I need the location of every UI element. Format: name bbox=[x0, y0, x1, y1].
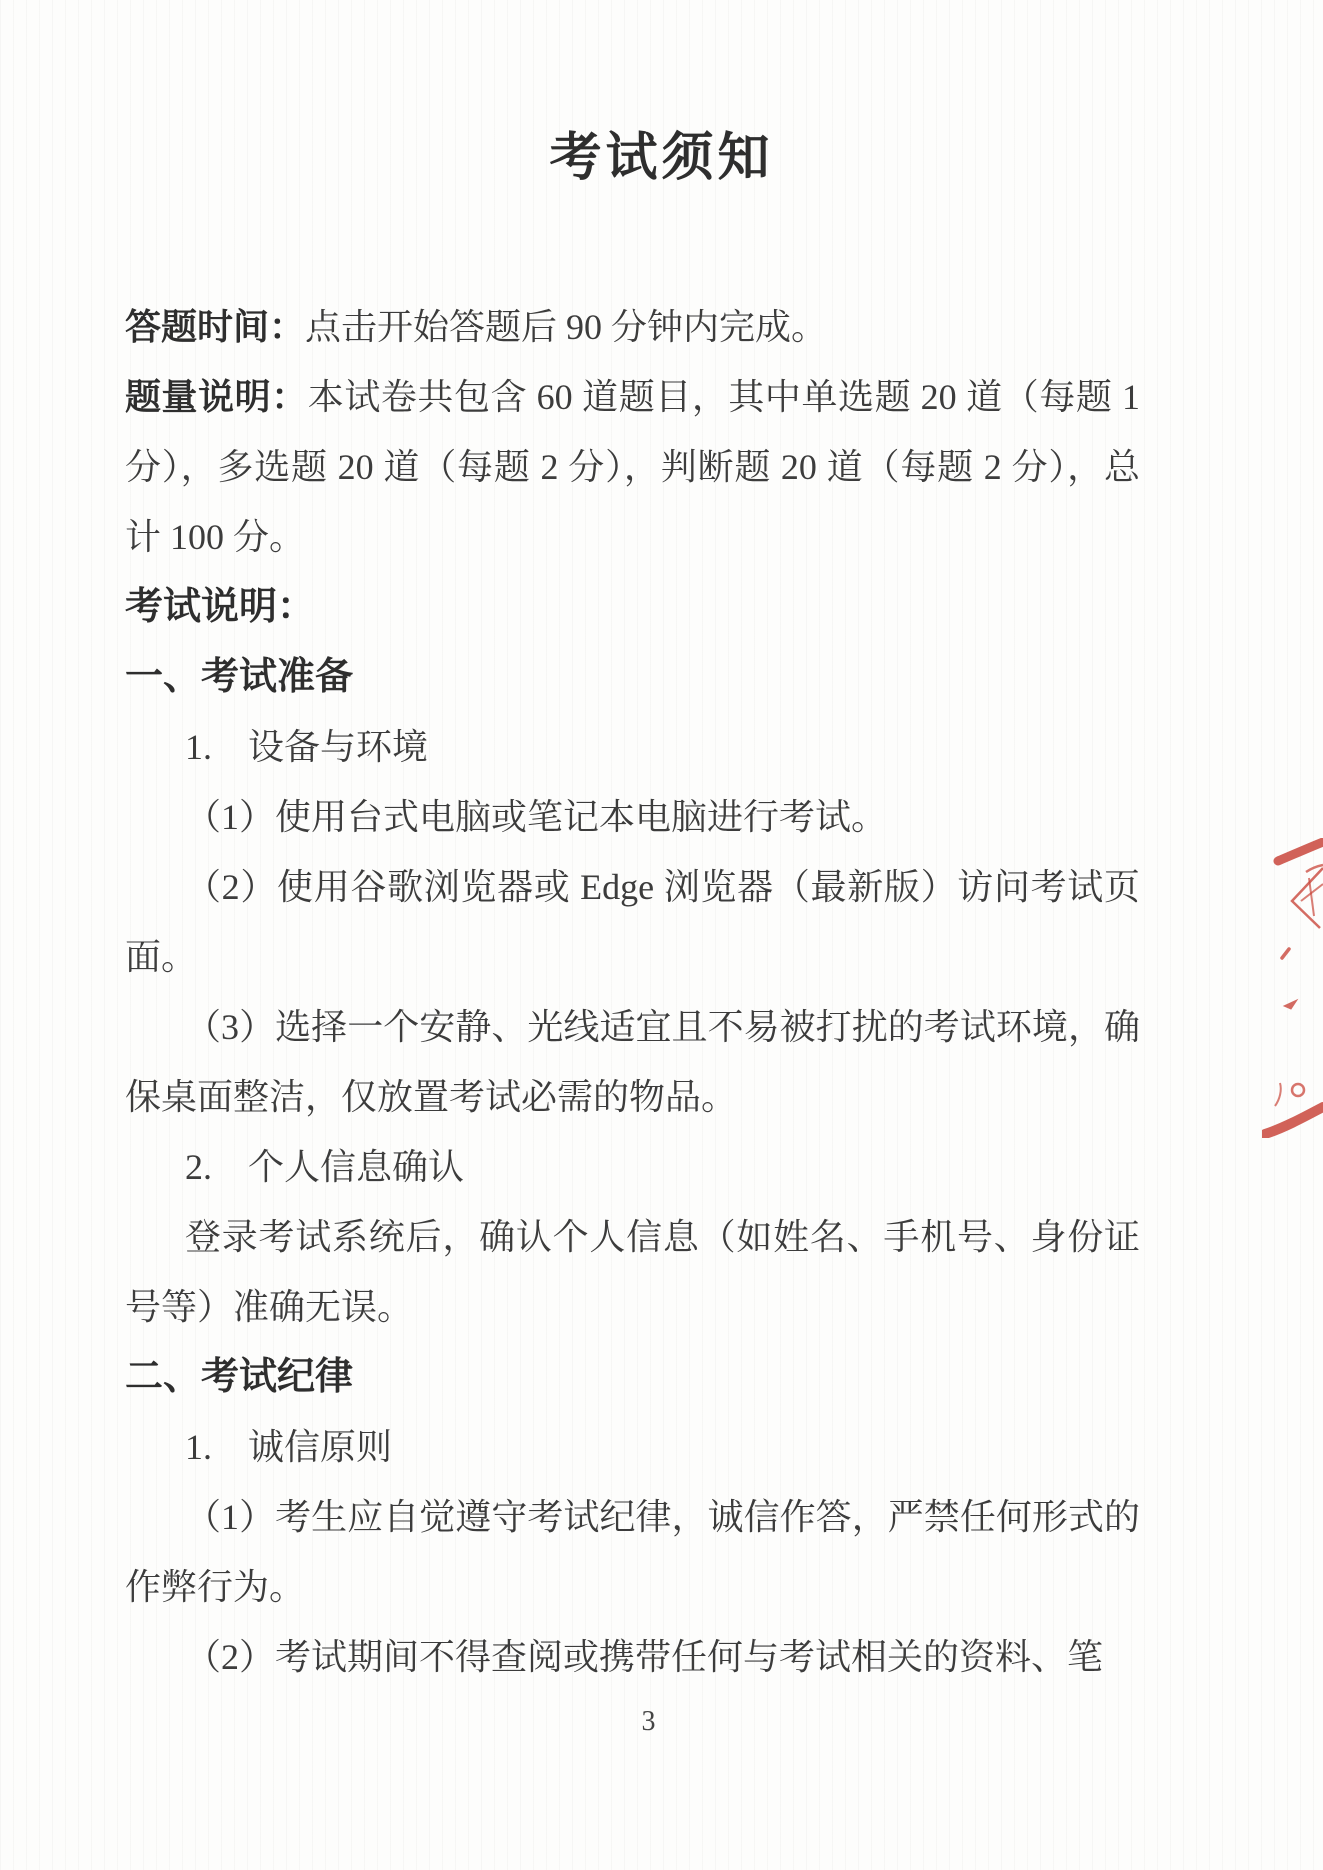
answer-time-text: 点击开始答题后 90 分钟内完成。 bbox=[305, 307, 827, 347]
document-page: 考试须知 答题时间：点击开始答题后 90 分钟内完成。 题量说明：本试卷共包含 … bbox=[0, 0, 1323, 1870]
line-integrity-principle: 1. 诚信原则 bbox=[125, 1412, 1140, 1482]
heading-section-1-exam-preparation: 一、考试准备 bbox=[125, 642, 1140, 712]
heading-exam-instructions: 考试说明： bbox=[125, 572, 1140, 642]
answer-time-label: 答题时间： bbox=[125, 306, 305, 347]
question-count-label: 题量说明： bbox=[125, 376, 308, 417]
line-use-browser: （2）使用谷歌浏览器或 Edge 浏览器（最新版）访问考试页面。 bbox=[125, 852, 1140, 992]
heading-section-2-exam-discipline: 二、考试纪律 bbox=[125, 1342, 1140, 1412]
page-title: 考试须知 bbox=[0, 0, 1323, 196]
line-no-materials: （2）考试期间不得查阅或携带任何与考试相关的资料、笔 bbox=[125, 1622, 1140, 1692]
line-quiet-environment: （3）选择一个安静、光线适宜且不易被打扰的考试环境，确保桌面整洁，仅放置考试必需… bbox=[125, 992, 1140, 1132]
line-no-cheating: （1）考生应自觉遵守考试纪律，诚信作答，严禁任何形式的作弊行为。 bbox=[125, 1482, 1140, 1622]
line-device-environment: 1. 设备与环境 bbox=[125, 712, 1140, 782]
para-question-count: 题量说明：本试卷共包含 60 道题目，其中单选题 20 道（每题 1 分），多选… bbox=[125, 362, 1140, 572]
line-personal-info-confirm: 2. 个人信息确认 bbox=[125, 1132, 1140, 1202]
document-body: 答题时间：点击开始答题后 90 分钟内完成。 题量说明：本试卷共包含 60 道题… bbox=[125, 292, 1140, 1692]
red-stamp-fragment-icon bbox=[1262, 838, 1323, 1138]
line-login-confirm-info: 登录考试系统后，确认个人信息（如姓名、手机号、身份证号等）准确无误。 bbox=[125, 1202, 1140, 1342]
para-answer-time: 答题时间：点击开始答题后 90 分钟内完成。 bbox=[125, 292, 1140, 362]
page-number: 3 bbox=[0, 1706, 1297, 1738]
line-use-computer: （1）使用台式电脑或笔记本电脑进行考试。 bbox=[125, 782, 1140, 852]
